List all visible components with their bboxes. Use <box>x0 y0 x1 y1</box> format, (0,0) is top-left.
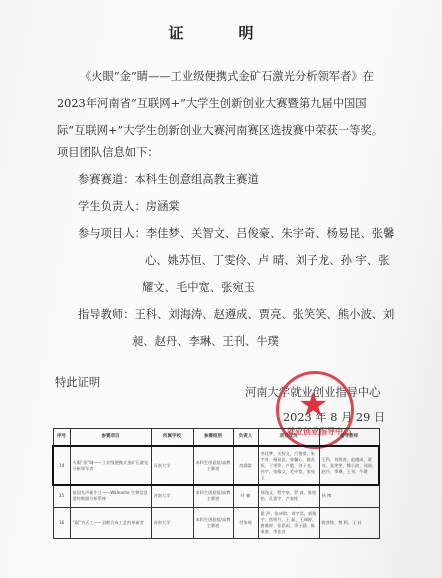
cell-project: “碳”为天工——双酚合成工艺的革新者 <box>70 507 151 538</box>
cell-advisors: 孙 博 <box>319 485 379 507</box>
advisors-line-2: 昶、赵丹、李琳、王刊、牛璞 <box>132 333 279 349</box>
cell-school: 河南大学 <box>151 507 193 538</box>
team-intro: 项目团队信息如下： <box>57 144 159 160</box>
col-header-leader: 负责人 <box>233 429 258 447</box>
members-line-2: 心、姚苏恒、丁雯伶、卢 晴、刘子龙、孙 宇、张 <box>145 252 389 268</box>
members-field: 参与项目人：李佳梦、关智文、吕俊豪、朱宇奇、杨易昆、张馨 <box>78 225 394 241</box>
track-label: 参赛赛道： <box>78 173 135 186</box>
table-header-row: 序号 参赛项目 所属学校 参赛组别 负责人 项目成员 指导教师 <box>53 429 379 447</box>
closing-text: 特此证明 <box>55 374 100 390</box>
cell-project: 基因先声新生儿——Walnome 生物信息遗传数据分析系统 <box>70 485 151 507</box>
cell-project: 火眼“金”睛——工业级便携式金矿石激光分析领军者 <box>70 446 151 485</box>
cell-advisors: 陈彦铭、曾 科、王 轩 <box>319 507 379 538</box>
seal-star-icon: ★ <box>298 388 328 422</box>
cell-members: 李佳梦、关智文、吕俊豪、朱宇奇、杨易昆、张馨心、姚苏恒、丁雯伶、卢晴、刘子龙、孙… <box>258 446 319 485</box>
cell-group: 本科生创意组/高教主赛道 <box>193 507 233 538</box>
cell-members: 郑逸文、程宇豪、罗 真、陈欣怡、孔嘉宇、卢泰铭 <box>258 485 319 507</box>
col-header-school: 所属学校 <box>151 429 193 447</box>
table-row: 14 火眼“金”睛——工业级便携式金矿石激光分析领军者 河南大学 本科生创意组/… <box>53 446 379 485</box>
table-row: 16 “碳”为天工——双酚合成工艺的革新者 河南大学 本科生创意组/高教主赛道 … <box>53 507 379 538</box>
awards-table: 序号 参赛项目 所属学校 参赛组别 负责人 项目成员 指导教师 14 火眼“金”… <box>52 428 380 539</box>
cell-group: 本科生创意组/高教主赛道 <box>193 485 233 507</box>
cell-advisors: 王科、刘海涛、赵遵成、贾亮、张笑笑、熊小波、刘昶、赵丹、李琳、王刊、牛璞 <box>319 446 379 485</box>
advisors-line-1: 王科、刘海涛、赵遵成、贾亮、张笑笑、熊小波、刘 <box>135 308 395 321</box>
cell-no: 16 <box>53 507 70 538</box>
body-text: 《火眼“金”睛——工业级便携式金矿石激光分析领军者》在2023年河南省“互联网+… <box>57 70 383 137</box>
leader-value: 房涵棠 <box>146 200 180 213</box>
cell-members: 翟 洪、张诗琪、刘宇浩、郭翔宇、焦明月、王 磊、王瑞婷、唐雅婷、张思雨、李子涵、… <box>258 507 319 538</box>
track-field: 参赛赛道：本科生创意组高教主赛道 <box>78 171 259 187</box>
members-line-3: 耀文、毛中宽、张宛玉 <box>142 279 255 295</box>
body-paragraph: 《火眼“金”睛——工业级便携式金矿石激光分析领军者》在2023年河南省“互联网+… <box>57 63 385 144</box>
cell-leader: 叶 楠 <box>233 485 258 507</box>
advisors-label: 指导教师： <box>78 308 135 321</box>
document-title: 证 明 <box>0 22 442 43</box>
cell-school: 河南大学 <box>151 446 193 485</box>
members-label: 参与项目人： <box>78 227 146 240</box>
cell-school: 河南大学 <box>151 485 193 507</box>
track-value: 本科生创意组高教主赛道 <box>135 173 259 186</box>
col-header-advisors: 指导教师 <box>319 429 379 447</box>
cell-no: 15 <box>53 485 70 507</box>
cell-leader: 付争瑶 <box>233 507 258 538</box>
col-header-group: 参赛组别 <box>193 429 233 447</box>
cell-leader: 房涵棠 <box>233 446 258 485</box>
cell-no: 14 <box>53 446 70 485</box>
table-row: 15 基因先声新生儿——Walnome 生物信息遗传数据分析系统 河南大学 本科… <box>53 485 379 507</box>
leader-field: 学生负责人：房涵棠 <box>78 198 180 214</box>
col-header-project: 参赛项目 <box>70 429 151 447</box>
leader-label: 学生负责人： <box>78 200 146 213</box>
certificate-page: 证 明 《火眼“金”睛——工业级便携式金矿石激光分析领军者》在2023年河南省“… <box>0 0 442 578</box>
members-line-1: 李佳梦、关智文、吕俊豪、朱宇奇、杨易昆、张馨 <box>146 227 395 240</box>
cell-group: 本科生创意组/高教主赛道 <box>193 446 233 485</box>
advisors-field: 指导教师：王科、刘海涛、赵遵成、贾亮、张笑笑、熊小波、刘 <box>78 306 394 322</box>
col-header-members: 项目成员 <box>258 429 319 447</box>
col-header-no: 序号 <box>53 429 70 447</box>
